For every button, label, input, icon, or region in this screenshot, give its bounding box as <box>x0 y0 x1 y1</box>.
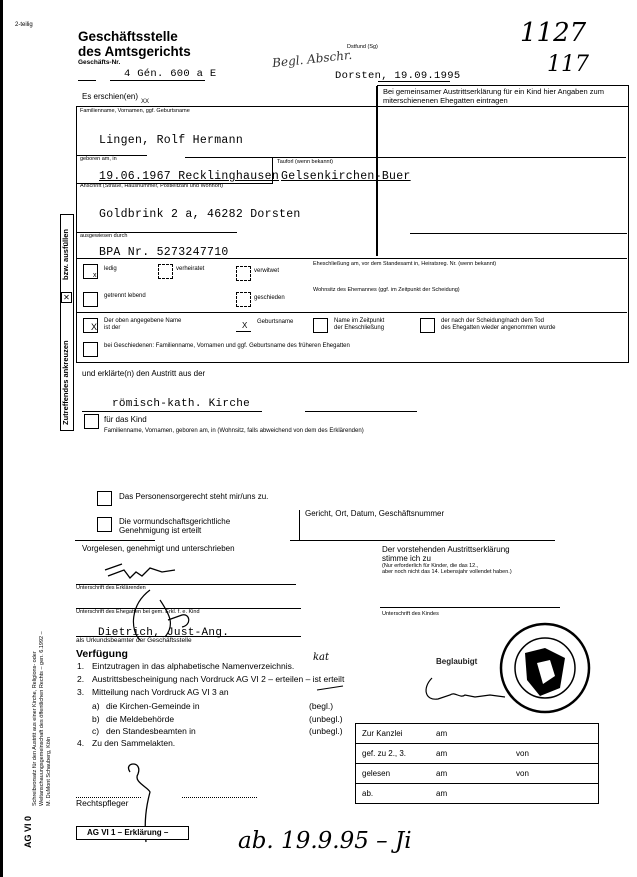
certified-copy-stamp: Begl. Abschr. <box>271 48 352 70</box>
date-underline <box>378 81 450 82</box>
name-value[interactable]: Lingen, Rolf Hermann <box>99 134 243 147</box>
widowed-checkbox[interactable] <box>236 266 251 281</box>
order-sub-a-letter: a) <box>92 702 100 711</box>
baptism-label: Tauforl (wenn bekannt) <box>277 160 333 166</box>
office-title-1: Geschäftsstelle <box>78 29 178 44</box>
office-row-am: am <box>436 790 447 798</box>
appeared-mark: XX <box>141 99 149 105</box>
court-label: Gericht, Ort, Datum, Geschäftsnummer <box>305 510 444 518</box>
office-row-2: gef. zu 2., 3. am von <box>356 744 598 764</box>
case-no-dash <box>78 80 96 81</box>
form-desc-2: Weltanschauungsgemeinschaft des öffentli… <box>40 631 46 806</box>
birth-name-mark: X <box>242 322 247 330</box>
order-sub-c-letter: c) <box>92 727 99 736</box>
name-is-label-2: ist der <box>104 325 120 331</box>
for-child-label: für das Kind <box>104 416 147 424</box>
office-row-von: von <box>516 750 529 758</box>
office-row-am: am <box>436 750 447 758</box>
rechtspfleger-label: Rechtspfleger <box>76 799 128 808</box>
approval-rule-2 <box>290 540 555 541</box>
church-line-2 <box>305 411 417 412</box>
marriage-label: Eheschließung am, vor dem Standesamt in,… <box>313 262 496 268</box>
address-value[interactable]: Goldbrink 2 a, 46282 Dorsten <box>99 208 301 221</box>
strike-mark <box>315 684 345 692</box>
marriage-name-label-1: Name im Zeitpunkt <box>334 318 384 324</box>
order-item-4-num: 4. <box>77 739 84 748</box>
publisher: M. DuMont Schauberg, Köln <box>47 737 53 806</box>
former-spouse-label: bei Geschiedenen: Familienname, Vornamen… <box>104 343 350 349</box>
instruction-text-1: Zutreffendes ankreuzen <box>61 340 70 425</box>
approval-checkbox[interactable] <box>97 517 112 532</box>
form-code: AG VI 0 <box>23 816 33 848</box>
rechtspfleger-line-2 <box>182 797 257 798</box>
declaration-intro: und erklärte(n) den Austritt aus der <box>82 370 205 378</box>
married-label: verheiratet <box>176 266 204 272</box>
approval-label-2: Genehmigung ist erteilt <box>119 527 201 535</box>
separated-checkbox[interactable] <box>83 292 98 307</box>
order-item-4: Zu den Sammelakten. <box>92 739 175 748</box>
single-check-mark: x <box>93 272 97 279</box>
office-row-am: am <box>436 770 447 778</box>
birth-name-underline <box>236 331 251 332</box>
order-sub-c-note: (unbegl.) <box>309 727 343 736</box>
order-sub-c: den Standesbeamten in <box>106 727 196 736</box>
child-details-label: Familienname, Vornamen, geboren am, in (… <box>104 428 364 434</box>
read-approved: Vorgelesen, genehmigt und unterschrieben <box>82 545 235 553</box>
office-row-label: ab. <box>362 790 373 798</box>
custody-checkbox[interactable] <box>97 491 112 506</box>
child-sig-label: Unterschrift des Kindes <box>382 612 439 618</box>
handwritten-footer: ab. 19.9.95 – Ji <box>238 828 412 854</box>
handwritten-number-1: 1127 <box>520 18 586 48</box>
form-desc-1: Schreibvorsatz für den Austritt aus eine… <box>33 651 39 806</box>
instruction-text-2: bzw. ausfüllen <box>61 229 70 280</box>
church-line <box>82 411 262 412</box>
case-no-value: 4 Gén. 600 a E <box>124 68 216 80</box>
case-no-label: Geschäfts-Nr. <box>78 60 120 67</box>
id-label: ausgewiesen durch <box>80 234 127 240</box>
born-rule-2 <box>185 157 626 158</box>
stamp-small: Dstfund (Sg) <box>347 45 378 51</box>
joint-note: Bei gemeinsamer Austrittserklärung für e… <box>383 87 623 105</box>
name-is-check-mark: X <box>91 322 97 332</box>
approval-rule <box>75 540 155 541</box>
child-sig-line <box>380 607 560 608</box>
order-item-2: Austrittsbescheinigung nach Vordruck AG … <box>92 675 344 684</box>
baptism-value[interactable]: Gelsenkirchen-Buer <box>281 170 411 183</box>
appeared-label: Es erschien(en) <box>82 93 138 101</box>
custody-label: Das Personensorgerecht steht mir/uns zu. <box>119 493 268 501</box>
certifier-signature <box>420 673 520 708</box>
status-rule <box>77 258 627 259</box>
order-sub-b-letter: b) <box>92 715 100 724</box>
office-row-3: gelesen am von <box>356 764 598 784</box>
born-value[interactable]: 19.06.1967 Recklinghausen <box>99 170 279 183</box>
divorced-checkbox[interactable] <box>236 292 251 307</box>
marriage-name-label-2: der Eheschließung <box>334 325 384 331</box>
office-table[interactable]: Zur Kanzlei am gef. zu 2., 3. am von gel… <box>355 723 599 804</box>
office-row-4: ab. am <box>356 784 598 803</box>
order-item-3-num: 3. <box>77 688 84 697</box>
husband-residence-label: Wohnsitz des Ehemannes (ggf. im Zeitpunk… <box>313 288 460 294</box>
office-row-von: von <box>516 770 529 778</box>
spouse-sig-label: Unterschrift des Ehegatten bei gem. Erkl… <box>76 610 200 616</box>
form-badge-label: AG VI 1 – Erklärung – <box>87 829 168 837</box>
divorced-label: geschieden <box>254 295 285 301</box>
for-child-checkbox[interactable] <box>84 414 99 429</box>
office-row-label: gelesen <box>362 770 390 778</box>
marriage-name-checkbox[interactable] <box>313 318 328 333</box>
married-checkbox[interactable] <box>158 264 173 279</box>
church-value[interactable]: römisch-kath. Kirche <box>112 398 250 410</box>
court-divider <box>299 510 300 541</box>
handwritten-check: kat <box>313 652 329 663</box>
resumed-name-checkbox[interactable] <box>420 318 435 333</box>
order-item-1: Eintzutragen in das alphabetische Namenv… <box>92 662 294 671</box>
copy-label: 2-teilig <box>15 22 33 28</box>
born-label: geboren am, in <box>80 157 117 163</box>
single-label: ledig <box>104 266 117 272</box>
certified-label: Beglaubigt <box>436 658 477 666</box>
case-no-underline <box>110 80 205 81</box>
office-row-am: am <box>436 730 447 738</box>
former-spouse-checkbox[interactable] <box>83 342 98 357</box>
resumed-name-label-1: der nach der Scheidung/nach dem Tod <box>441 318 544 324</box>
address-label: Anschrift (Straße, Hausnummer, Postleitz… <box>80 184 223 190</box>
id-rule-2 <box>410 233 627 234</box>
order-item-3: Mitteilung nach Vordruck AG VI 3 an <box>92 688 229 697</box>
handwritten-number-2: 117 <box>547 52 589 77</box>
birth-name-label: Geburtsname <box>257 319 293 325</box>
scan-margin <box>0 0 3 877</box>
clerk-label: als Urkundsbeamter der Geschäftsstelle <box>76 638 192 645</box>
joint-note-box: Bei gemeinsamer Austrittserklärung für e… <box>377 85 629 106</box>
order-title: Verfügung <box>76 648 128 660</box>
widowed-label: verwitwet <box>254 268 279 274</box>
office-row-label: Zur Kanzlei <box>362 730 402 738</box>
order-item-2-num: 2. <box>77 675 84 684</box>
separated-label: getrennt lebend <box>104 293 146 299</box>
child-consent-note-2: aber noch nicht das 14. Lebensjahr volle… <box>382 570 512 576</box>
office-title-2: des Amtsgerichts <box>78 44 191 59</box>
order-sub-b: die Meldebehörde <box>106 715 174 724</box>
nametype-rule <box>77 312 627 313</box>
form-badge: AG VI 1 – Erklärung – <box>76 826 189 840</box>
name-label: Familienname, Vornamen, ggf. Geburtsname <box>80 109 190 115</box>
crossed-box-icon: ✕ <box>61 292 72 303</box>
order-sub-a-note: (begl.) <box>309 702 333 711</box>
name-is-label-1: Der oben angegebene Name <box>104 318 181 324</box>
resumed-name-label-2: des Ehegatten wieder angenommen wurde <box>441 325 555 331</box>
order-sub-a: die Kirchen-Gemeinde in <box>106 702 200 711</box>
order-item-1-num: 1. <box>77 662 84 671</box>
office-row-label: gef. zu 2., 3. <box>362 750 406 758</box>
form-code-text: AG VI 0 <box>23 816 33 848</box>
office-row-1: Zur Kanzlei am <box>356 724 598 744</box>
order-sub-b-note: (unbegl.) <box>309 715 343 724</box>
